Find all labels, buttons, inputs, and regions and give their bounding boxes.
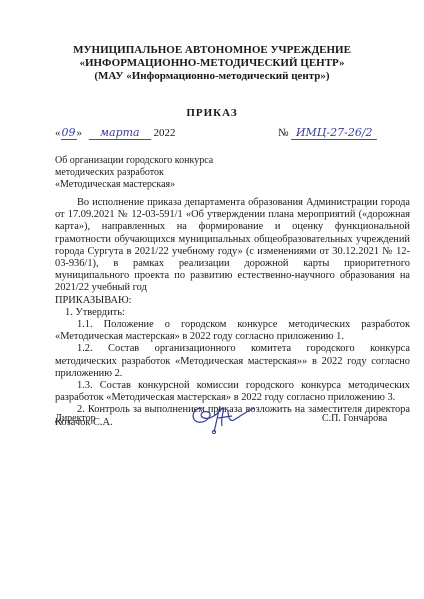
- subject-line1: Об организации городского конкурса: [55, 155, 213, 167]
- order-word: ПРИКАЗЫВАЮ:: [55, 295, 410, 307]
- number-value: ИМЦ-27-26/2: [291, 127, 377, 140]
- order-subject: Об организации городского конкурса метод…: [55, 155, 213, 191]
- order-date: «09» марта 2022: [55, 127, 176, 140]
- subject-line2: методических разработок: [55, 167, 213, 179]
- handwritten-signature-icon: [188, 402, 258, 436]
- document-title: ПРИКАЗ: [0, 107, 424, 119]
- date-year: 2022: [154, 127, 176, 139]
- preamble-paragraph: Во исполнение приказа департамента образ…: [55, 197, 410, 295]
- number-label: №: [278, 127, 289, 139]
- signatory-name: С.П. Гончарова: [322, 413, 387, 424]
- org-name-line1: МУНИЦИПАЛЬНОЕ АВТОНОМНОЕ УЧРЕЖДЕНИЕ: [0, 44, 424, 57]
- item-1-2: 1.2. Состав организационного комитета го…: [55, 343, 410, 380]
- date-close-quote: »: [77, 127, 83, 139]
- org-name-line2: «ИНФОРМАЦИОННО-МЕТОДИЧЕСКИЙ ЦЕНТР»: [0, 57, 424, 70]
- date-month: марта: [89, 127, 151, 140]
- order-number: № ИМЦ-27-26/2: [278, 127, 377, 140]
- org-name-line3: (МАУ «Информационно-методический центр»): [0, 70, 424, 83]
- signatory-position: Директор: [55, 413, 96, 424]
- date-day: 09: [61, 127, 77, 140]
- document-page: МУНИЦИПАЛЬНОЕ АВТОНОМНОЕ УЧРЕЖДЕНИЕ «ИНФ…: [0, 0, 424, 599]
- order-body: Во исполнение приказа департамента образ…: [55, 197, 410, 429]
- subject-line3: «Методическая мастерская»: [55, 179, 213, 191]
- organization-header: МУНИЦИПАЛЬНОЕ АВТОНОМНОЕ УЧРЕЖДЕНИЕ «ИНФ…: [0, 44, 424, 83]
- item-1-1: 1.1. Положение о городском конкурсе мето…: [55, 319, 410, 343]
- item-1: 1. Утвердить:: [55, 307, 410, 319]
- item-1-3: 1.3. Состав конкурсной комиссии городско…: [55, 380, 410, 404]
